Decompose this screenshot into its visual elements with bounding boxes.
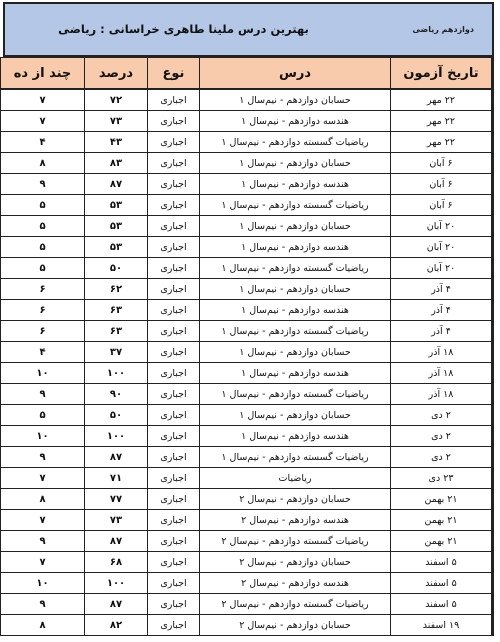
cell-lesson: ریاضیات گسسته دوازدهم - نیم‌سال ۱ — [200, 195, 391, 216]
cell-type: اجباری — [148, 321, 200, 342]
cell-date: ۲۰ آبان — [391, 258, 492, 279]
cell-type: اجباری — [148, 216, 200, 237]
cell-score: ۵ — [1, 405, 85, 426]
cell-type: اجباری — [148, 279, 200, 300]
cell-type: اجباری — [148, 89, 200, 111]
grade-label: دوازدهم ریاضی — [412, 25, 474, 34]
cell-date: ۵ اسفند — [391, 552, 492, 573]
cell-date: ۲۲ مهر — [391, 132, 492, 153]
table-row: ۱۸ آذرریاضیات گسسته دوازدهم - نیم‌سال ۱ا… — [1, 384, 492, 405]
report-sheet: دوازدهم ریاضی بهترین درس ملینا طاهری خرا… — [3, 2, 494, 636]
col-header-percent: درصد — [85, 58, 148, 90]
table-row: ۲۰ آبانهندسه دوازدهم - نیم‌سال ۱اجباری۵۳… — [1, 237, 492, 258]
cell-percent: ۷۷ — [85, 489, 148, 510]
cell-type: اجباری — [148, 342, 200, 363]
cell-score: ۱۰ — [1, 573, 85, 594]
cell-lesson: حسابان دوازدهم - نیم‌سال ۲ — [200, 615, 391, 636]
cell-percent: ۶۲ — [85, 279, 148, 300]
table-row: ۴ آذرریاضیات گسسته دوازدهم - نیم‌سال ۱اج… — [1, 321, 492, 342]
cell-type: اجباری — [148, 447, 200, 468]
cell-percent: ۸۷ — [85, 174, 148, 195]
cell-date: ۴ آذر — [391, 321, 492, 342]
cell-score: ۷ — [1, 552, 85, 573]
cell-percent: ۷۳ — [85, 111, 148, 132]
cell-percent: ۸۲ — [85, 615, 148, 636]
cell-lesson: حسابان دوازدهم - نیم‌سال ۱ — [200, 153, 391, 174]
cell-score: ۵ — [1, 237, 85, 258]
cell-score: ۹ — [1, 384, 85, 405]
cell-type: اجباری — [148, 405, 200, 426]
cell-date: ۱۸ آذر — [391, 363, 492, 384]
cell-percent: ۷۲ — [85, 89, 148, 111]
cell-lesson: هندسه دوازدهم - نیم‌سال ۱ — [200, 300, 391, 321]
cell-type: اجباری — [148, 552, 200, 573]
cell-percent: ۸۷ — [85, 594, 148, 615]
cell-date: ۱۸ آذر — [391, 342, 492, 363]
table-row: ۱۸ آذرحسابان دوازدهم - نیم‌سال ۱اجباری۳۷… — [1, 342, 492, 363]
cell-type: اجباری — [148, 531, 200, 552]
cell-percent: ۱۰۰ — [85, 573, 148, 594]
col-header-score: چند از ده — [1, 58, 85, 90]
cell-date: ۵ اسفند — [391, 594, 492, 615]
cell-lesson: حسابان دوازدهم - نیم‌سال ۱ — [200, 342, 391, 363]
cell-date: ۲۲ مهر — [391, 89, 492, 111]
cell-lesson: ریاضیات گسسته دوازدهم - نیم‌سال ۱ — [200, 447, 391, 468]
cell-date: ۶ آبان — [391, 174, 492, 195]
cell-lesson: ریاضیات گسسته دوازدهم - نیم‌سال ۱ — [200, 258, 391, 279]
cell-score: ۸ — [1, 489, 85, 510]
cell-lesson: هندسه دوازدهم - نیم‌سال ۱ — [200, 426, 391, 447]
cell-percent: ۶۸ — [85, 552, 148, 573]
cell-percent: ۳۷ — [85, 342, 148, 363]
cell-score: ۴ — [1, 342, 85, 363]
cell-score: ۱۰ — [1, 363, 85, 384]
cell-score: ۷ — [1, 111, 85, 132]
cell-percent: ۵۰ — [85, 405, 148, 426]
table-row: ۲ دیریاضیات گسسته دوازدهم - نیم‌سال ۱اجب… — [1, 447, 492, 468]
cell-type: اجباری — [148, 489, 200, 510]
cell-lesson: هندسه دوازدهم - نیم‌سال ۱ — [200, 237, 391, 258]
cell-lesson: ریاضیات گسسته دوازدهم - نیم‌سال ۱ — [200, 321, 391, 342]
cell-lesson: هندسه دوازدهم - نیم‌سال ۱ — [200, 174, 391, 195]
cell-lesson: حسابان دوازدهم - نیم‌سال ۱ — [200, 279, 391, 300]
cell-percent: ۸۳ — [85, 153, 148, 174]
cell-lesson: حسابان دوازدهم - نیم‌سال ۱ — [200, 216, 391, 237]
cell-type: اجباری — [148, 615, 200, 636]
cell-lesson: هندسه دوازدهم - نیم‌سال ۱ — [200, 111, 391, 132]
table-row: ۱۸ آذرهندسه دوازدهم - نیم‌سال ۱اجباری۱۰۰… — [1, 363, 492, 384]
cell-score: ۴ — [1, 132, 85, 153]
cell-type: اجباری — [148, 468, 200, 489]
cell-type: اجباری — [148, 426, 200, 447]
cell-lesson: ریاضیات گسسته دوازدهم - نیم‌سال ۱ — [200, 384, 391, 405]
cell-type: اجباری — [148, 153, 200, 174]
cell-score: ۶ — [1, 279, 85, 300]
cell-date: ۶ آبان — [391, 195, 492, 216]
table-row: ۲۲ مهرحسابان دوازدهم - نیم‌سال ۱اجباری۷۲… — [1, 89, 492, 111]
header-row: تاریخ آزمون درس نوع درصد چند از ده — [1, 58, 492, 90]
table-row: ۲۲ مهرریاضیات گسسته دوازدهم - نیم‌سال ۱ا… — [1, 132, 492, 153]
cell-score: ۶ — [1, 321, 85, 342]
cell-date: ۱۸ آذر — [391, 384, 492, 405]
table-row: ۶ آبانهندسه دوازدهم - نیم‌سال ۱اجباری۸۷۹ — [1, 174, 492, 195]
title-band: دوازدهم ریاضی بهترین درس ملینا طاهری خرا… — [5, 4, 492, 57]
table-row: ۶ آبانحسابان دوازدهم - نیم‌سال ۱اجباری۸۳… — [1, 153, 492, 174]
report-title: بهترین درس ملینا طاهری خراسانی : ریاضی — [5, 22, 362, 36]
cell-percent: ۵۳ — [85, 195, 148, 216]
cell-score: ۶ — [1, 300, 85, 321]
cell-lesson: ریاضیات گسسته دوازدهم - نیم‌سال ۲ — [200, 531, 391, 552]
col-header-type: نوع — [148, 58, 200, 90]
table-row: ۵ اسفندهندسه دوازدهم - نیم‌سال ۲اجباری۱۰… — [1, 573, 492, 594]
table-row: ۲۱ بهمنریاضیات گسسته دوازدهم - نیم‌سال ۲… — [1, 531, 492, 552]
cell-percent: ۶۳ — [85, 300, 148, 321]
cell-type: اجباری — [148, 174, 200, 195]
results-table: تاریخ آزمون درس نوع درصد چند از ده ۲۲ مه… — [0, 57, 492, 636]
cell-score: ۷ — [1, 468, 85, 489]
cell-lesson: حسابان دوازدهم - نیم‌سال ۱ — [200, 405, 391, 426]
cell-score: ۹ — [1, 531, 85, 552]
cell-type: اجباری — [148, 300, 200, 321]
table-row: ۲۰ آبانریاضیات گسسته دوازدهم - نیم‌سال ۱… — [1, 258, 492, 279]
table-row: ۱۹ اسفندحسابان دوازدهم - نیم‌سال ۲اجباری… — [1, 615, 492, 636]
cell-date: ۲۲ مهر — [391, 111, 492, 132]
cell-score: ۷ — [1, 510, 85, 531]
table-row: ۲۲ مهرهندسه دوازدهم - نیم‌سال ۱اجباری۷۳۷ — [1, 111, 492, 132]
table-row: ۲۱ بهمنهندسه دوازدهم - نیم‌سال ۲اجباری۷۳… — [1, 510, 492, 531]
table-row: ۵ اسفندحسابان دوازدهم - نیم‌سال ۲اجباری۶… — [1, 552, 492, 573]
table-row: ۶ آبانریاضیات گسسته دوازدهم - نیم‌سال ۱ا… — [1, 195, 492, 216]
cell-percent: ۶۳ — [85, 321, 148, 342]
cell-percent: ۴۳ — [85, 132, 148, 153]
cell-type: اجباری — [148, 237, 200, 258]
cell-date: ۵ اسفند — [391, 573, 492, 594]
col-header-lesson: درس — [200, 58, 391, 90]
cell-date: ۲۱ بهمن — [391, 531, 492, 552]
cell-date: ۱۹ اسفند — [391, 615, 492, 636]
col-header-date: تاریخ آزمون — [391, 58, 492, 90]
cell-lesson: حسابان دوازدهم - نیم‌سال ۲ — [200, 489, 391, 510]
cell-lesson: ریاضیات گسسته دوازدهم - نیم‌سال ۱ — [200, 132, 391, 153]
cell-score: ۹ — [1, 594, 85, 615]
cell-lesson: هندسه دوازدهم - نیم‌سال ۱ — [200, 363, 391, 384]
cell-score: ۵ — [1, 258, 85, 279]
cell-score: ۸ — [1, 153, 85, 174]
cell-date: ۲۱ بهمن — [391, 510, 492, 531]
cell-lesson: ریاضیات گسسته دوازدهم - نیم‌سال ۲ — [200, 594, 391, 615]
cell-date: ۲۰ آبان — [391, 216, 492, 237]
cell-date: ۲ دی — [391, 447, 492, 468]
cell-percent: ۸۷ — [85, 447, 148, 468]
cell-score: ۸ — [1, 615, 85, 636]
cell-lesson: هندسه دوازدهم - نیم‌سال ۲ — [200, 510, 391, 531]
cell-type: اجباری — [148, 510, 200, 531]
cell-date: ۶ آبان — [391, 153, 492, 174]
cell-date: ۲ دی — [391, 426, 492, 447]
cell-score: ۹ — [1, 447, 85, 468]
cell-score: ۱۰ — [1, 426, 85, 447]
cell-percent: ۱۰۰ — [85, 426, 148, 447]
cell-percent: ۷۳ — [85, 510, 148, 531]
cell-type: اجباری — [148, 363, 200, 384]
cell-type: اجباری — [148, 258, 200, 279]
cell-type: اجباری — [148, 111, 200, 132]
cell-percent: ۹۰ — [85, 384, 148, 405]
table-body: ۲۲ مهرحسابان دوازدهم - نیم‌سال ۱اجباری۷۲… — [1, 89, 492, 636]
cell-type: اجباری — [148, 594, 200, 615]
cell-date: ۴ آذر — [391, 300, 492, 321]
cell-lesson: ریاضیات — [200, 468, 391, 489]
table-row: ۲۳ دیریاضیاتاجباری۷۱۷ — [1, 468, 492, 489]
cell-score: ۹ — [1, 174, 85, 195]
cell-percent: ۸۷ — [85, 531, 148, 552]
table-row: ۴ آذرهندسه دوازدهم - نیم‌سال ۱اجباری۶۳۶ — [1, 300, 492, 321]
cell-percent: ۵۳ — [85, 216, 148, 237]
cell-percent: ۱۰۰ — [85, 363, 148, 384]
table-row: ۲ دیهندسه دوازدهم - نیم‌سال ۱اجباری۱۰۰۱۰ — [1, 426, 492, 447]
cell-percent: ۵۳ — [85, 237, 148, 258]
table-row: ۲۰ آبانحسابان دوازدهم - نیم‌سال ۱اجباری۵… — [1, 216, 492, 237]
cell-date: ۲۳ دی — [391, 468, 492, 489]
table-row: ۲۱ بهمنحسابان دوازدهم - نیم‌سال ۲اجباری۷… — [1, 489, 492, 510]
cell-type: اجباری — [148, 132, 200, 153]
cell-date: ۴ آذر — [391, 279, 492, 300]
cell-percent: ۵۰ — [85, 258, 148, 279]
cell-lesson: حسابان دوازدهم - نیم‌سال ۲ — [200, 552, 391, 573]
cell-date: ۲۰ آبان — [391, 237, 492, 258]
cell-type: اجباری — [148, 573, 200, 594]
table-row: ۲ دیحسابان دوازدهم - نیم‌سال ۱اجباری۵۰۵ — [1, 405, 492, 426]
cell-percent: ۷۱ — [85, 468, 148, 489]
table-row: ۴ آذرحسابان دوازدهم - نیم‌سال ۱اجباری۶۲۶ — [1, 279, 492, 300]
table-row: ۵ اسفندریاضیات گسسته دوازدهم - نیم‌سال ۲… — [1, 594, 492, 615]
cell-lesson: حسابان دوازدهم - نیم‌سال ۱ — [200, 89, 391, 111]
cell-date: ۲۱ بهمن — [391, 489, 492, 510]
cell-score: ۷ — [1, 89, 85, 111]
cell-lesson: هندسه دوازدهم - نیم‌سال ۲ — [200, 573, 391, 594]
cell-score: ۵ — [1, 195, 85, 216]
cell-type: اجباری — [148, 195, 200, 216]
cell-type: اجباری — [148, 384, 200, 405]
cell-date: ۲ دی — [391, 405, 492, 426]
cell-score: ۵ — [1, 216, 85, 237]
